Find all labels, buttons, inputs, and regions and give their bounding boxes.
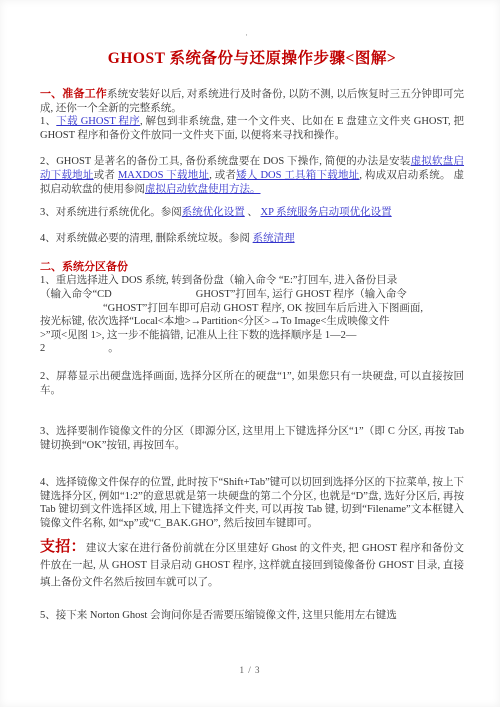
- link-system-cleanup[interactable]: 系统清理: [253, 233, 295, 244]
- paragraph-backup-step1-ghost-launch: 1、重启选择进入 DOS 系统, 转到备份盘（输入命令 “E:”打回车, 进入备…: [40, 274, 464, 356]
- paragraph-step3-optimize: 3、对系统进行系统优化。参阅系统优化设置 、 XP 系统服务启动项优化设置: [40, 206, 464, 220]
- link-xp-service-startup-optimize[interactable]: XP 系统服务启动项优化设置: [261, 207, 392, 218]
- text-run: 1、: [40, 116, 56, 127]
- paragraph-preparation: 一、准备工作系统安装好以后, 对系统进行及时备份, 以防不测, 以后恢复时三五分…: [40, 88, 464, 115]
- paragraph-backup-step4-save-location: 4、选择镜像文件保存的位置, 此时按下“Shift+Tab”键可以切回到选择分区…: [40, 476, 464, 530]
- tip-heading: 支招：: [40, 539, 86, 555]
- text-run: 、: [245, 207, 261, 218]
- paragraph-step2-dos-tools: 2、GHOST 是著名的备份工具, 备份系统盘要在 DOS 下操作, 简便的办法…: [40, 155, 464, 196]
- paragraph-backup-step5-compress: 5、接下来 Norton Ghost 会询问你是否需要压缩镜像文件, 这里只能用…: [40, 609, 464, 623]
- link-download-ghost[interactable]: 下载 GHOST 程序: [56, 116, 140, 127]
- stray-mark: ·: [245, 30, 248, 40]
- link-airen-dos-toolbox-download[interactable]: 矮人 DOS 工具箱下载地址: [236, 170, 359, 181]
- document-page: · GHOST 系统备份与还原操作步骤<图解> 一、准备工作系统安装好以后, 对…: [0, 0, 500, 707]
- text-run: 2、GHOST 是著名的备份工具, 备份系统盘要在 DOS 下操作, 简便的办法…: [40, 156, 411, 167]
- page-number: 1 / 3: [0, 665, 500, 675]
- paragraph-backup-step3-source-partition: 3、选择要制作镜像文件的分区（即源分区, 这里用上下键选择分区“1”（即 C 分…: [40, 425, 464, 452]
- paragraph-backup-step2-select-disk: 2、屏幕显示出硬盘选择画面, 选择分区所在的硬盘“1”, 如果您只有一块硬盘, …: [40, 370, 464, 397]
- section-1-heading: 一、准备工作: [40, 88, 107, 100]
- paragraph-step4-cleanup: 4、对系统做必要的清理, 删除系统垃圾。参阅 系统清理: [40, 232, 464, 246]
- link-virtual-floppy-usage[interactable]: 虚拟启动软盘使用方法。: [145, 184, 261, 195]
- document-title: GHOST 系统备份与还原操作步骤<图解>: [40, 46, 464, 68]
- text-run: 3、对系统进行系统优化。参阅: [40, 207, 182, 218]
- section-2-heading: 二、系统分区备份: [40, 258, 464, 274]
- paragraph-tip: 支招：建议大家在进行备份前就在分区里建好 Ghost 的文件夹, 把 GHOST…: [40, 539, 464, 591]
- text-run: , 或者: [209, 170, 236, 181]
- text-run: 或者: [94, 170, 118, 181]
- paragraph-step1-download: 1、下载 GHOST 程序, 解包到非系统盘, 建一个文件夹、比如在 E 盘建立…: [40, 115, 464, 142]
- text-run: 建议大家在进行备份前就在分区里建好 Ghost 的文件夹, 把 GHOST 程序…: [40, 543, 464, 588]
- link-system-optimize-settings[interactable]: 系统优化设置: [182, 207, 245, 218]
- text-run: 4、对系统做必要的清理, 删除系统垃圾。参阅: [40, 233, 253, 244]
- link-maxdos-download[interactable]: MAXDOS 下载地址: [118, 170, 209, 181]
